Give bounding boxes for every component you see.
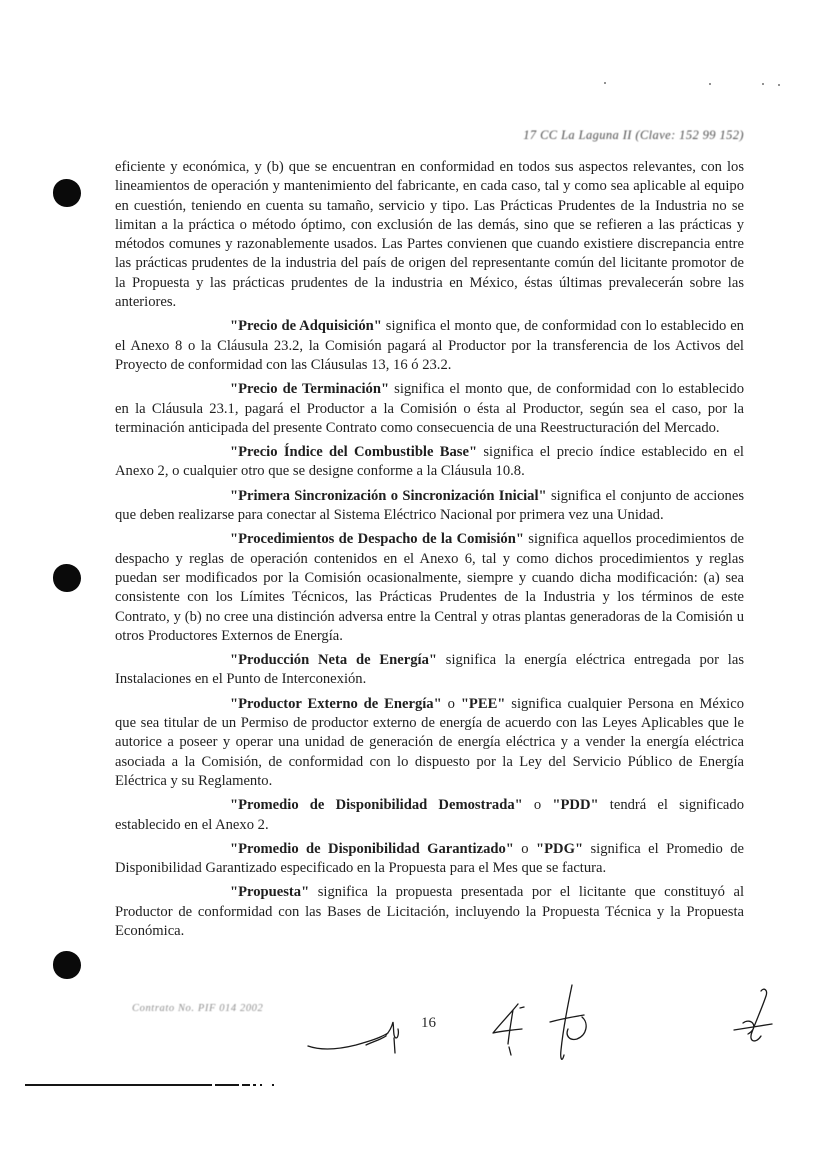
defined-term: "Procedimientos de Despacho de la Comisi… — [230, 531, 524, 547]
defined-term: "PDD" — [552, 797, 598, 813]
defined-term: "Promedio de Disponibilidad Demostrada" — [230, 797, 523, 813]
punch-hole-top — [53, 179, 81, 207]
signature-mark-initial-2 — [542, 982, 600, 1073]
defined-term: "Primera Sincronización o Sincronización… — [230, 488, 547, 504]
scan-speck — [778, 84, 780, 86]
paragraph-text: eficiente y económica, y (b) que se encu… — [115, 159, 744, 310]
paragraph-8: "Productor Externo de Energía" o "PEE" s… — [115, 695, 744, 791]
punch-hole-bottom — [53, 951, 81, 979]
scan-speck — [709, 83, 711, 85]
scan-line-segment — [260, 1084, 262, 1086]
paragraph-text: significa el monto que, de conformidad c… — [115, 318, 744, 373]
paragraph-2: "Precio de Adquisición" significa el mon… — [115, 317, 744, 375]
paragraph-text: o — [442, 696, 461, 712]
defined-term: "PEE" — [461, 696, 506, 712]
scan-line-segment — [242, 1084, 250, 1086]
scan-speck — [604, 82, 606, 84]
defined-term: "PDG" — [536, 841, 583, 857]
defined-term: "Propuesta" — [230, 884, 309, 900]
paragraph-4: "Precio Índice del Combustible Base" sig… — [115, 443, 744, 482]
document-body: eficiente y económica, y (b) que se encu… — [115, 158, 744, 946]
page-number: 16 — [421, 1015, 436, 1032]
paragraph-text: significa la propuesta presentada por el… — [115, 884, 744, 939]
defined-term: "Precio de Terminación" — [230, 381, 389, 397]
scanned-contract-page: 17 CC La Laguna II (Clave: 152 99 152) e… — [0, 0, 828, 1169]
paragraph-text: o — [514, 841, 536, 857]
scan-line-segment — [253, 1084, 256, 1086]
paragraph-11: "Propuesta" significa la propuesta prese… — [115, 883, 744, 941]
defined-term: "Producción Neta de Energía" — [230, 652, 437, 668]
scan-line-segment — [272, 1084, 274, 1086]
paragraph-1: eficiente y económica, y (b) que se encu… — [115, 158, 744, 312]
paragraph-text: significa el monto que, de conformidad c… — [115, 381, 744, 436]
paragraph-text: significa aquellos procedimientos de des… — [115, 531, 744, 643]
paragraph-6: "Procedimientos de Despacho de la Comisi… — [115, 530, 744, 646]
paragraph-7: "Producción Neta de Energía" significa l… — [115, 651, 744, 690]
defined-term: "Precio de Adquisición" — [230, 318, 382, 334]
scan-speck — [762, 83, 764, 85]
punch-hole-middle — [53, 564, 81, 592]
header-document-reference: 17 CC La Laguna II (Clave: 152 99 152) — [523, 128, 744, 143]
defined-term: "Productor Externo de Energía" — [230, 696, 442, 712]
defined-term: "Precio Índice del Combustible Base" — [230, 444, 477, 460]
signature-mark-initial-1 — [486, 998, 536, 1063]
signature-mark-long-flourish — [306, 1018, 406, 1061]
paragraph-3: "Precio de Terminación" significa el mon… — [115, 380, 744, 438]
paragraph-text: o — [523, 797, 553, 813]
paragraph-5: "Primera Sincronización o Sincronización… — [115, 487, 744, 526]
scan-line-segment — [215, 1084, 239, 1086]
paragraph-10: "Promedio de Disponibilidad Garantizado"… — [115, 840, 744, 879]
defined-term: "Promedio de Disponibilidad Garantizado" — [230, 841, 514, 857]
scan-line-segment — [25, 1084, 212, 1086]
footer-contract-reference: Contrato No. PIF 014 2002 — [132, 1003, 263, 1014]
signature-mark-initial-3 — [728, 985, 776, 1062]
paragraph-9: "Promedio de Disponibilidad Demostrada" … — [115, 796, 744, 835]
